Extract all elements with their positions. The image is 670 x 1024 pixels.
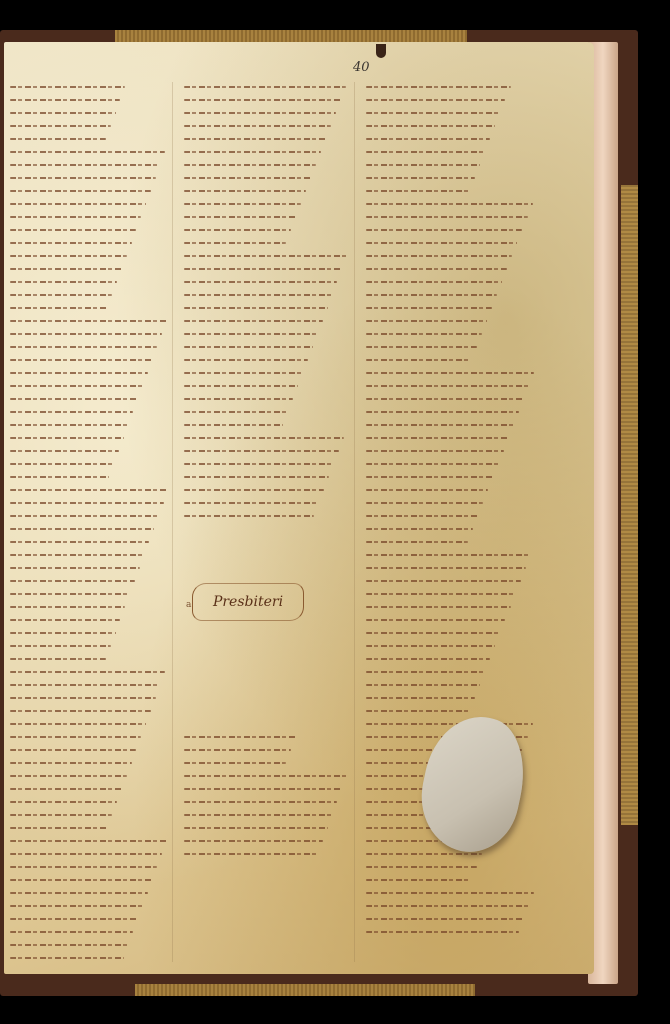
handwritten-line [10, 372, 148, 374]
handwritten-line [10, 905, 143, 907]
handwritten-line [184, 515, 314, 517]
handwritten-line [366, 359, 471, 361]
handwritten-line [366, 203, 533, 205]
handwritten-line [366, 216, 528, 218]
handwritten-line [366, 606, 511, 608]
binding-cloth-right [621, 185, 638, 825]
handwritten-line [10, 580, 135, 582]
handwritten-line [10, 541, 149, 543]
handwritten-line [10, 788, 122, 790]
handwritten-line [10, 307, 108, 309]
handwritten-line [366, 229, 522, 231]
handwritten-line [10, 606, 125, 608]
handwritten-line [10, 710, 151, 712]
handwritten-line [366, 333, 482, 335]
handwritten-line [184, 814, 333, 816]
handwritten-line [10, 645, 111, 647]
ink-stain [376, 44, 386, 58]
handwritten-line [184, 450, 339, 452]
handwritten-line [10, 476, 109, 478]
handwritten-line [366, 723, 533, 725]
handwritten-line [366, 866, 477, 868]
handwritten-line [184, 138, 326, 140]
handwritten-line [10, 944, 128, 946]
handwritten-line [10, 697, 156, 699]
handwritten-line [366, 879, 471, 881]
handwritten-line [184, 268, 342, 270]
handwritten-line [366, 346, 477, 348]
handwritten-line [366, 671, 485, 673]
handwritten-line [10, 346, 157, 348]
handwritten-line [10, 489, 168, 491]
handwritten-line [366, 177, 475, 179]
handwritten-line [10, 164, 160, 166]
handwritten-line [10, 151, 165, 153]
handwritten-line [184, 853, 318, 855]
handwritten-line [10, 528, 154, 530]
handwritten-line [184, 99, 341, 101]
handwritten-line [184, 385, 298, 387]
handwritten-line [184, 398, 293, 400]
handwritten-line [10, 515, 159, 517]
handwritten-line [366, 905, 529, 907]
handwritten-line [10, 827, 108, 829]
handwritten-line [10, 814, 112, 816]
handwritten-line [10, 840, 167, 842]
handwritten-line [184, 229, 291, 231]
handwritten-line [10, 658, 106, 660]
handwritten-line [10, 736, 141, 738]
handwritten-line [184, 359, 308, 361]
handwritten-line [10, 762, 132, 764]
handwritten-line [366, 450, 504, 452]
handwritten-line [184, 86, 346, 88]
handwritten-line [10, 801, 117, 803]
handwritten-line [184, 255, 347, 257]
handwritten-line [10, 853, 162, 855]
handwritten-line [10, 398, 138, 400]
handwritten-line [366, 255, 512, 257]
handwritten-line [10, 554, 144, 556]
handwritten-line [366, 593, 516, 595]
folio-number: 40 [353, 60, 370, 75]
handwritten-line [366, 112, 500, 114]
handwritten-line [10, 567, 140, 569]
section-heading-banner: Presbiteri [192, 583, 304, 621]
handwritten-line [184, 164, 316, 166]
handwritten-line [10, 320, 167, 322]
handwritten-line [366, 528, 473, 530]
handwritten-line [366, 398, 524, 400]
column-rule [354, 82, 355, 962]
handwritten-line [184, 437, 344, 439]
handwritten-line [366, 645, 495, 647]
handwritten-line [366, 385, 529, 387]
handwritten-line [366, 437, 509, 439]
handwritten-line [366, 515, 478, 517]
handwritten-line [10, 918, 138, 920]
handwritten-line [10, 86, 125, 88]
handwritten-line [366, 632, 500, 634]
handwritten-line [184, 762, 286, 764]
column-rule [172, 82, 173, 962]
handwritten-line [10, 138, 106, 140]
handwritten-line [10, 359, 152, 361]
handwritten-line [184, 333, 318, 335]
handwritten-line [366, 918, 524, 920]
handwritten-line [10, 957, 124, 959]
handwritten-line [10, 125, 111, 127]
handwritten-line [366, 125, 495, 127]
handwritten-line [184, 411, 288, 413]
handwritten-line [366, 294, 497, 296]
handwritten-line [366, 138, 490, 140]
handwritten-line [366, 567, 526, 569]
handwritten-line [184, 502, 319, 504]
handwritten-line [366, 424, 514, 426]
handwritten-line [10, 229, 136, 231]
handwritten-line [366, 658, 490, 660]
handwritten-line [366, 281, 502, 283]
handwritten-line [184, 242, 286, 244]
handwritten-line [10, 203, 146, 205]
handwritten-line [366, 697, 475, 699]
handwritten-line [366, 320, 487, 322]
handwritten-line [184, 827, 328, 829]
handwritten-line [10, 281, 117, 283]
handwritten-line [10, 593, 130, 595]
handwritten-line [366, 619, 505, 621]
text-column-middle [184, 86, 349, 866]
handwritten-line [10, 112, 116, 114]
handwritten-line [184, 307, 328, 309]
handwritten-line [184, 190, 306, 192]
handwritten-line [366, 853, 482, 855]
handwritten-line [10, 294, 112, 296]
handwritten-line [366, 86, 511, 88]
handwritten-line [184, 320, 323, 322]
handwritten-line [10, 333, 162, 335]
handwritten-line [184, 112, 336, 114]
handwritten-line [10, 450, 119, 452]
handwritten-line [10, 684, 160, 686]
handwritten-line [184, 775, 347, 777]
handwritten-line [366, 463, 499, 465]
handwritten-line [366, 411, 519, 413]
handwritten-line [366, 99, 505, 101]
handwritten-line [366, 307, 492, 309]
handwritten-line [366, 489, 488, 491]
handwritten-line [10, 749, 136, 751]
handwritten-line [10, 879, 152, 881]
handwritten-line [366, 164, 480, 166]
handwritten-line [10, 723, 146, 725]
handwritten-line [184, 346, 313, 348]
handwritten-line [184, 294, 333, 296]
handwritten-line [366, 580, 521, 582]
handwritten-line [366, 151, 485, 153]
handwritten-line [10, 411, 133, 413]
handwritten-line [184, 203, 301, 205]
handwritten-line [10, 177, 156, 179]
handwritten-line [366, 242, 517, 244]
handwritten-line [10, 385, 143, 387]
handwritten-line [184, 177, 311, 179]
handwritten-line [184, 749, 291, 751]
handwritten-line [10, 242, 132, 244]
handwritten-line [184, 424, 283, 426]
handwritten-line [184, 281, 337, 283]
section-heading: Presbiteri [213, 594, 283, 610]
paragraph-mark: a [186, 600, 191, 610]
handwritten-line [10, 866, 157, 868]
handwritten-line [10, 671, 165, 673]
binding-cloth-bottom [135, 984, 475, 996]
handwritten-line [10, 268, 122, 270]
handwritten-line [184, 151, 321, 153]
handwritten-line [10, 99, 120, 101]
handwritten-line [366, 554, 531, 556]
handwritten-line [10, 502, 164, 504]
text-column-left [10, 86, 170, 970]
handwritten-line [366, 684, 480, 686]
binding-cloth-top [115, 30, 467, 42]
handwritten-line [184, 216, 296, 218]
handwritten-line [184, 372, 303, 374]
handwritten-line [184, 476, 329, 478]
handwritten-line [10, 775, 127, 777]
handwritten-line [10, 255, 127, 257]
handwritten-line [184, 125, 331, 127]
handwritten-line [10, 463, 114, 465]
handwritten-line [366, 541, 468, 543]
handwritten-line [184, 463, 334, 465]
handwritten-line [366, 372, 534, 374]
handwritten-line [366, 710, 470, 712]
handwritten-line [366, 268, 507, 270]
handwritten-line [10, 892, 148, 894]
handwritten-line [10, 931, 133, 933]
handwritten-line [366, 190, 470, 192]
handwritten-line [10, 632, 116, 634]
handwritten-line [10, 619, 120, 621]
handwritten-line [184, 736, 296, 738]
handwritten-line [184, 788, 342, 790]
handwritten-line [10, 190, 151, 192]
handwritten-line [366, 892, 534, 894]
handwritten-line [10, 437, 124, 439]
handwritten-line [10, 424, 128, 426]
handwritten-line [184, 840, 323, 842]
handwritten-line [10, 216, 141, 218]
handwritten-line [184, 489, 324, 491]
handwritten-line [184, 801, 337, 803]
handwritten-line [366, 476, 494, 478]
handwritten-line [366, 502, 483, 504]
handwritten-line [366, 931, 519, 933]
